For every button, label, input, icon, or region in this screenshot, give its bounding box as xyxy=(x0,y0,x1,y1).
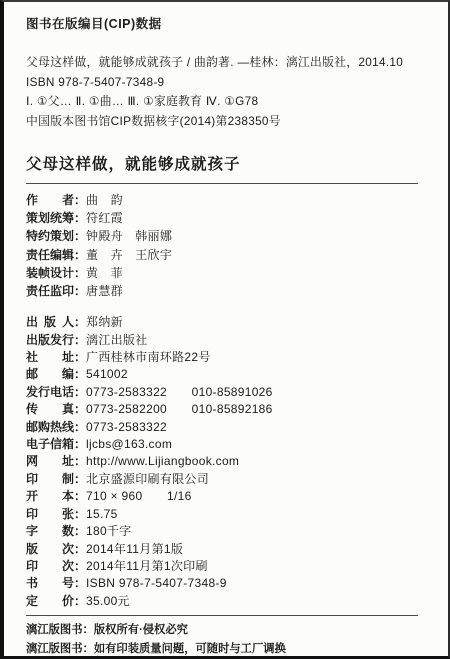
credit-row: 策划统筹：符红霞 xyxy=(26,209,436,227)
page-title: 父母这样做，就能够成就孩子 xyxy=(26,152,436,174)
field-label: 定价 xyxy=(26,593,74,610)
publication-row: 字数：180千字 xyxy=(26,523,436,540)
field-value: 0773-2582200 010-85892186 xyxy=(86,402,273,416)
field-value: 漓江出版社 xyxy=(86,333,148,347)
field-value: 黄 菲 xyxy=(86,266,123,280)
publication-row: 版次：2014年11月第1版 xyxy=(26,541,436,558)
field-colon: ： xyxy=(74,248,86,262)
field-value: ljcbs@163.com xyxy=(86,437,172,451)
field-colon: ： xyxy=(74,402,86,416)
note-text: 如有印装质量问题，可随时与工厂调换 xyxy=(94,643,286,655)
field-label: 策划统筹 xyxy=(26,209,74,227)
publication-row: 网址：http://www.Lijiangbook.com xyxy=(26,453,436,470)
field-colon: ： xyxy=(74,507,86,521)
field-label: 字数 xyxy=(26,523,74,540)
publication-row: 邮购热线：0773-2583322 xyxy=(26,419,436,436)
credit-row: 作者：曲 韵 xyxy=(26,191,436,209)
cip-line: Ⅰ. ①父… Ⅱ. ①曲… Ⅲ. ①家庭教育 Ⅳ. ①G78 xyxy=(26,92,436,112)
field-value: 符红霞 xyxy=(86,211,123,225)
field-label: 特约策划 xyxy=(26,227,74,245)
field-colon: ： xyxy=(74,211,86,225)
field-value: 541002 xyxy=(86,367,128,381)
field-colon: ： xyxy=(74,472,86,486)
field-colon: ： xyxy=(74,454,86,468)
field-value: 郑纳新 xyxy=(86,315,123,329)
footer-divider xyxy=(26,615,418,616)
field-value: 董 卉 王欣宇 xyxy=(86,248,172,262)
field-label: 印次 xyxy=(26,558,74,575)
field-colon: ： xyxy=(74,367,86,381)
field-label: 电子信箱 xyxy=(26,436,74,453)
credit-row: 装帧设计：黄 菲 xyxy=(26,264,436,282)
field-value: 0773-2583322 010-85891026 xyxy=(86,385,273,399)
field-label: 出版发行 xyxy=(26,332,74,349)
publication-row: 邮编：541002 xyxy=(26,366,436,383)
field-label: 出版人 xyxy=(26,314,74,331)
field-label: 印制 xyxy=(26,471,74,488)
publication-row: 开本：710 × 960 1/16 xyxy=(26,488,436,505)
field-value: 唐慧群 xyxy=(86,284,123,298)
field-value: 北京盛源印刷有限公司 xyxy=(86,472,209,486)
cip-header: 图书在版编目(CIP)数据 xyxy=(26,14,436,32)
field-value: 钟殿舟 韩丽娜 xyxy=(86,229,172,243)
publication-row: 社址：广西桂林市南环路22号 xyxy=(26,349,436,366)
publication-row: 印制：北京盛源印刷有限公司 xyxy=(26,471,436,488)
cip-line: 中国版本图书馆CIP数据核字(2014)第238350号 xyxy=(26,112,436,132)
note-label: 漓江版图书 xyxy=(26,624,83,636)
field-label: 社址 xyxy=(26,349,74,366)
field-value: 35.00元 xyxy=(86,594,130,608)
field-colon: ： xyxy=(74,385,86,399)
cip-line: 父母这样做，就能够成就孩子 / 曲韵著. —桂林：漓江出版社，2014.10 xyxy=(26,53,436,73)
field-colon: ： xyxy=(74,350,86,364)
field-colon: ： xyxy=(74,524,86,538)
field-value: 15.75 xyxy=(86,507,118,521)
note-label: 漓江版图书 xyxy=(26,643,83,655)
field-label: 网址 xyxy=(26,453,74,470)
field-label: 邮编 xyxy=(26,366,74,383)
publication-list: 出版人：郑纳新 出版发行：漓江出版社 社址：广西桂林市南环路22号 邮编：541… xyxy=(26,314,436,610)
field-value: 广西桂林市南环路22号 xyxy=(86,350,211,364)
note-text: 版权所有·侵权必究 xyxy=(94,624,188,636)
field-colon: ： xyxy=(74,489,86,503)
field-label: 开本 xyxy=(26,488,74,505)
credit-row: 特约策划：钟殿舟 韩丽娜 xyxy=(26,227,436,245)
field-colon: ： xyxy=(83,624,94,636)
copyright-page: 图书在版编目(CIP)数据 父母这样做，就能够成就孩子 / 曲韵著. —桂林：漓… xyxy=(0,0,450,659)
field-label: 发行电话 xyxy=(26,384,74,401)
publication-row: 定价：35.00元 xyxy=(26,593,436,610)
field-label: 邮购热线 xyxy=(26,419,74,436)
field-label: 作者 xyxy=(26,191,74,209)
field-value: 180千字 xyxy=(86,524,132,538)
credit-row: 责任监印：唐慧群 xyxy=(26,282,436,300)
publication-row: 印次：2014年11月第1次印刷 xyxy=(26,558,436,575)
publication-row: 出版人：郑纳新 xyxy=(26,314,436,331)
field-colon: ： xyxy=(83,643,94,655)
field-colon: ： xyxy=(74,266,86,280)
field-colon: ： xyxy=(74,315,86,329)
title-divider xyxy=(26,183,418,184)
publication-row: 印张：15.75 xyxy=(26,506,436,523)
field-value: 曲 韵 xyxy=(86,193,123,207)
field-label: 责任编辑 xyxy=(26,246,74,264)
field-colon: ： xyxy=(74,284,86,298)
field-label: 传真 xyxy=(26,401,74,418)
footer-notes: 漓江版图书：版权所有·侵权必究 漓江版图书：如有印装质量问题，可随时与工厂调换 xyxy=(26,621,436,659)
cip-line: ISBN 978-7-5407-7348-9 xyxy=(26,73,436,93)
field-colon: ： xyxy=(74,193,86,207)
field-label: 装帧设计 xyxy=(26,264,74,282)
publication-row: 书号：ISBN 978-7-5407-7348-9 xyxy=(26,575,436,592)
publication-row: 发行电话：0773-2583322 010-85891026 xyxy=(26,384,436,401)
field-colon: ： xyxy=(74,420,86,434)
field-value: 2014年11月第1次印刷 xyxy=(86,559,208,573)
field-value: ISBN 978-7-5407-7348-9 xyxy=(86,576,227,590)
field-value: http://www.Lijiangbook.com xyxy=(86,454,239,468)
field-value: 710 × 960 1/16 xyxy=(86,489,192,503)
field-colon: ： xyxy=(74,437,86,451)
field-label: 书号 xyxy=(26,575,74,592)
credit-row: 责任编辑：董 卉 王欣宇 xyxy=(26,246,436,264)
footer-note-row: 漓江版图书：如有印装质量问题，可随时与工厂调换 xyxy=(26,640,436,659)
field-colon: ： xyxy=(74,333,86,347)
field-label: 印张 xyxy=(26,506,74,523)
credits-list: 作者：曲 韵 策划统筹：符红霞 特约策划：钟殿舟 韩丽娜 责任编辑：董 卉 王欣… xyxy=(26,191,436,300)
publication-row: 出版发行：漓江出版社 xyxy=(26,332,436,349)
publication-row: 电子信箱：ljcbs@163.com xyxy=(26,436,436,453)
field-label: 责任监印 xyxy=(26,282,74,300)
publication-row: 传真：0773-2582200 010-85892186 xyxy=(26,401,436,418)
field-colon: ： xyxy=(74,576,86,590)
field-colon: ： xyxy=(74,559,86,573)
footer-note-row: 漓江版图书：版权所有·侵权必究 xyxy=(26,621,436,640)
field-colon: ： xyxy=(74,594,86,608)
field-label: 版次 xyxy=(26,541,74,558)
field-colon: ： xyxy=(74,229,86,243)
field-colon: ： xyxy=(74,542,86,556)
field-value: 0773-2583322 xyxy=(86,420,167,434)
cip-record: 父母这样做，就能够成就孩子 / 曲韵著. —桂林：漓江出版社，2014.10 I… xyxy=(26,53,436,131)
field-value: 2014年11月第1版 xyxy=(86,542,183,556)
